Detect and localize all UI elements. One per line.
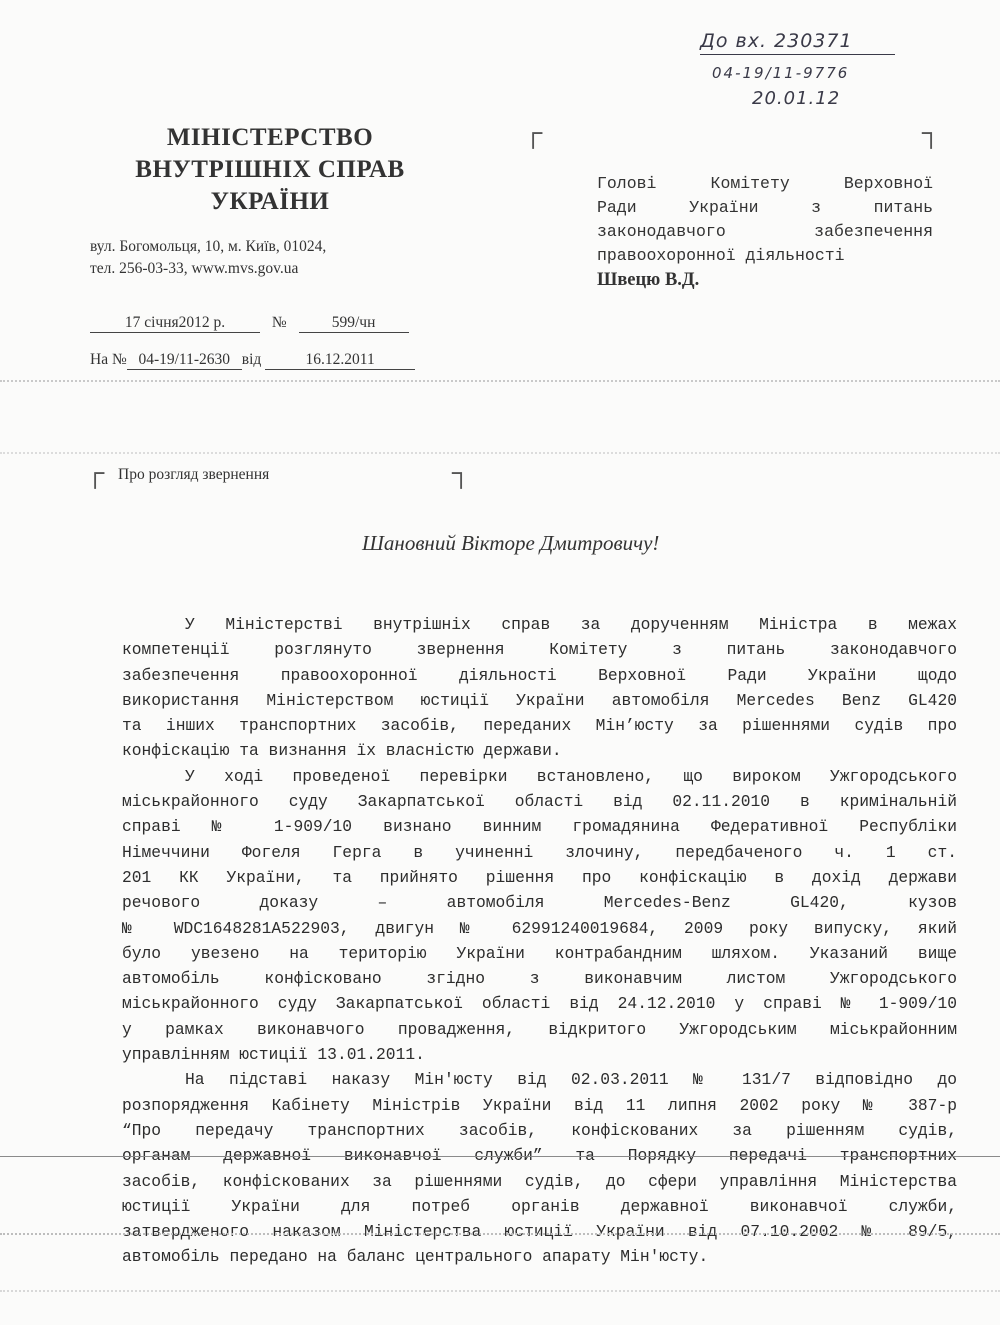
paragraph-1: У Міністерстві внутрішніх справ за доруч… bbox=[122, 612, 957, 764]
scan-artifact-line bbox=[0, 452, 1000, 454]
handwritten-date: 20.01.12 bbox=[752, 88, 840, 109]
body-line: На підставі наказу Мін'юсту від 02.03.20… bbox=[122, 1067, 957, 1092]
ministry-line: ВНУТРІШНІХ СПРАВ bbox=[80, 154, 460, 186]
body-line: У Міністерстві внутрішніх справ за доруч… bbox=[122, 612, 957, 637]
reply-to-date: 16.12.2011 bbox=[265, 351, 415, 370]
from-label: від bbox=[242, 351, 262, 368]
body-line: засобів, конфіскованих за рішеннями суді… bbox=[122, 1169, 957, 1194]
handwritten-registration-code: 04-19/11-9776 bbox=[712, 64, 849, 82]
corner-bracket-top-left-icon: ┌ bbox=[86, 460, 104, 486]
body-line: № WDC1648281A522903, двигун № 6299124001… bbox=[122, 916, 957, 941]
recipient-line: Голові Комітету Верховної bbox=[597, 172, 933, 196]
body-line: управлінням юстиції 13.01.2011. bbox=[122, 1042, 957, 1067]
ministry-header: МІНІСТЕРСТВО ВНУТРІШНІХ СПРАВ УКРАЇНИ bbox=[80, 122, 460, 218]
body-line: автомобіль конфісковано згідно з виконав… bbox=[122, 966, 957, 991]
body-line: затвердженого наказом Міністерства юстиц… bbox=[122, 1219, 957, 1244]
corner-bracket-top-right-icon: ┐ bbox=[452, 460, 470, 486]
body-line: автомобіль передано на баланс центрально… bbox=[122, 1244, 957, 1269]
body-line: компетенції розглянуто звернення Комітет… bbox=[122, 637, 957, 662]
body-line: розпорядження Кабінету Міністрів України… bbox=[122, 1093, 957, 1118]
scan-artifact-line bbox=[0, 1233, 1000, 1235]
paragraph-3: На підставі наказу Мін'юсту від 02.03.20… bbox=[122, 1067, 957, 1269]
outgoing-number: 599/чн bbox=[299, 314, 409, 333]
body-line: справі № 1-909/10 визнано винним громадя… bbox=[122, 814, 957, 839]
corner-bracket-top-right-icon: ┐ bbox=[922, 120, 940, 146]
ministry-line: УКРАЇНИ bbox=[80, 186, 460, 218]
reply-to-number: 04-19/11-2630 bbox=[127, 351, 242, 370]
body-line: Німеччини Фогеля Герга в учиненні злочин… bbox=[122, 840, 957, 865]
salutation: Шановний Вікторе Дмитровичу! bbox=[362, 531, 659, 556]
body-line: використання Міністерством юстиції Украї… bbox=[122, 688, 957, 713]
body-line: юстиції України для потреб органів держа… bbox=[122, 1194, 957, 1219]
reply-to-registration: На №04-19/11-2630від 16.12.2011 bbox=[90, 351, 415, 370]
body-line: У ході проведеної перевірки встановлено,… bbox=[122, 764, 957, 789]
outgoing-registration: 17 січня2012 р. № 599/чн bbox=[90, 314, 409, 333]
body-line: міськрайонного суду Закарпатської област… bbox=[122, 991, 957, 1016]
recipient-name: Швецю В.Д. bbox=[597, 268, 933, 292]
ministry-line: МІНІСТЕРСТВО bbox=[80, 122, 460, 154]
number-label: № bbox=[272, 314, 287, 331]
body-line: було увезено на територію України контра… bbox=[122, 941, 957, 966]
body-line: “Про передачу транспортних засобів, конф… bbox=[122, 1118, 957, 1143]
contact-line: тел. 256-03-33, www.mvs.gov.ua bbox=[90, 258, 326, 280]
body-line: конфіскацію та визнання їх власністю дер… bbox=[122, 738, 957, 763]
body-line: забезпечення правоохоронної діяльності В… bbox=[122, 663, 957, 688]
corner-bracket-top-left-icon: ┌ bbox=[524, 120, 542, 146]
recipient-line: правоохоронної діяльності bbox=[597, 244, 933, 268]
body-line: у рамках виконавчого провадження, відкри… bbox=[122, 1017, 957, 1042]
subject-line: Про розгляд звернення bbox=[118, 466, 269, 484]
paragraph-2: У ході проведеної перевірки встановлено,… bbox=[122, 764, 957, 1068]
recipient-line: законодавчого забезпечення bbox=[597, 220, 933, 244]
recipient-line: Ради України з питань bbox=[597, 196, 933, 220]
body-line: міськрайонного суду Закарпатської област… bbox=[122, 789, 957, 814]
scan-artifact-line bbox=[0, 1290, 1000, 1292]
recipient-block: Голові Комітету Верховної Ради України з… bbox=[597, 172, 933, 292]
scan-artifact-line bbox=[0, 380, 1000, 382]
address-line: вул. Богомольця, 10, м. Київ, 01024, bbox=[90, 236, 326, 258]
sender-address: вул. Богомольця, 10, м. Київ, 01024, тел… bbox=[90, 236, 326, 280]
letter-body: У Міністерстві внутрішніх справ за доруч… bbox=[122, 612, 957, 1270]
scan-artifact-line bbox=[0, 1156, 1000, 1157]
reply-to-label: На № bbox=[90, 351, 127, 368]
body-line: речового доказу – автомобіля Mercedes-Be… bbox=[122, 890, 957, 915]
body-line: та інших транспортних засобів, переданих… bbox=[122, 713, 957, 738]
handwritten-incoming-number: До вх. 230371 bbox=[700, 30, 895, 55]
body-line: 201 КК України, та прийнято рішення про … bbox=[122, 865, 957, 890]
outgoing-date: 17 січня2012 р. bbox=[90, 314, 260, 333]
